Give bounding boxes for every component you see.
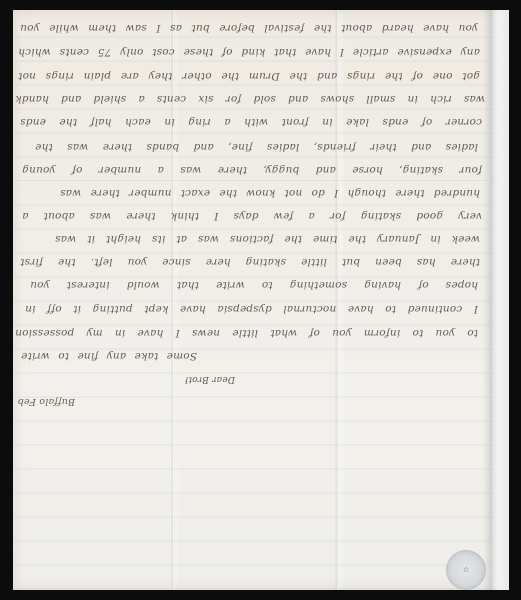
embossed-seal: ✿ [446, 550, 486, 590]
letter-line: got one of the rings and the Drum the ot… [18, 68, 480, 84]
letter-line: four skating, horse and buggy, there was… [22, 162, 482, 178]
letter-line: you have heard about the festival before… [20, 20, 478, 36]
letter-line: to you to inform you of what little news… [15, 325, 478, 341]
letter-line: was rich in small shows and sold for six… [15, 91, 485, 107]
letter-line: corner of ends lake in front with a ring… [20, 114, 482, 130]
date-line: Buffalo Feb 11 1858 [15, 393, 75, 409]
salutation: Dear Brother [185, 371, 235, 387]
handwriting-upside-down: Buffalo Feb 11 1858 Dear Brother Some ta… [13, 10, 509, 590]
letter-line: week in January the time the factions wa… [55, 231, 480, 247]
letter-line: hopes of having something to write that … [30, 277, 478, 293]
letter-line: Some take any fine to write [21, 348, 197, 364]
letter-line: ladies and their friends, ladies fine, a… [35, 139, 478, 155]
letter-line: any expensive article I have that kind o… [18, 44, 480, 60]
letter-line: very good skating for a few days I think… [22, 208, 482, 224]
letter-line: hundred there though I do not know the e… [60, 185, 480, 201]
letter-paper: Buffalo Feb 11 1858 Dear Brother Some ta… [13, 10, 509, 590]
seal-emblem-icon: ✿ [446, 550, 486, 590]
letter-line: I continued to have nocturnal dyspepsia … [25, 301, 478, 317]
letter-line: there has been but little skating here s… [20, 254, 480, 270]
